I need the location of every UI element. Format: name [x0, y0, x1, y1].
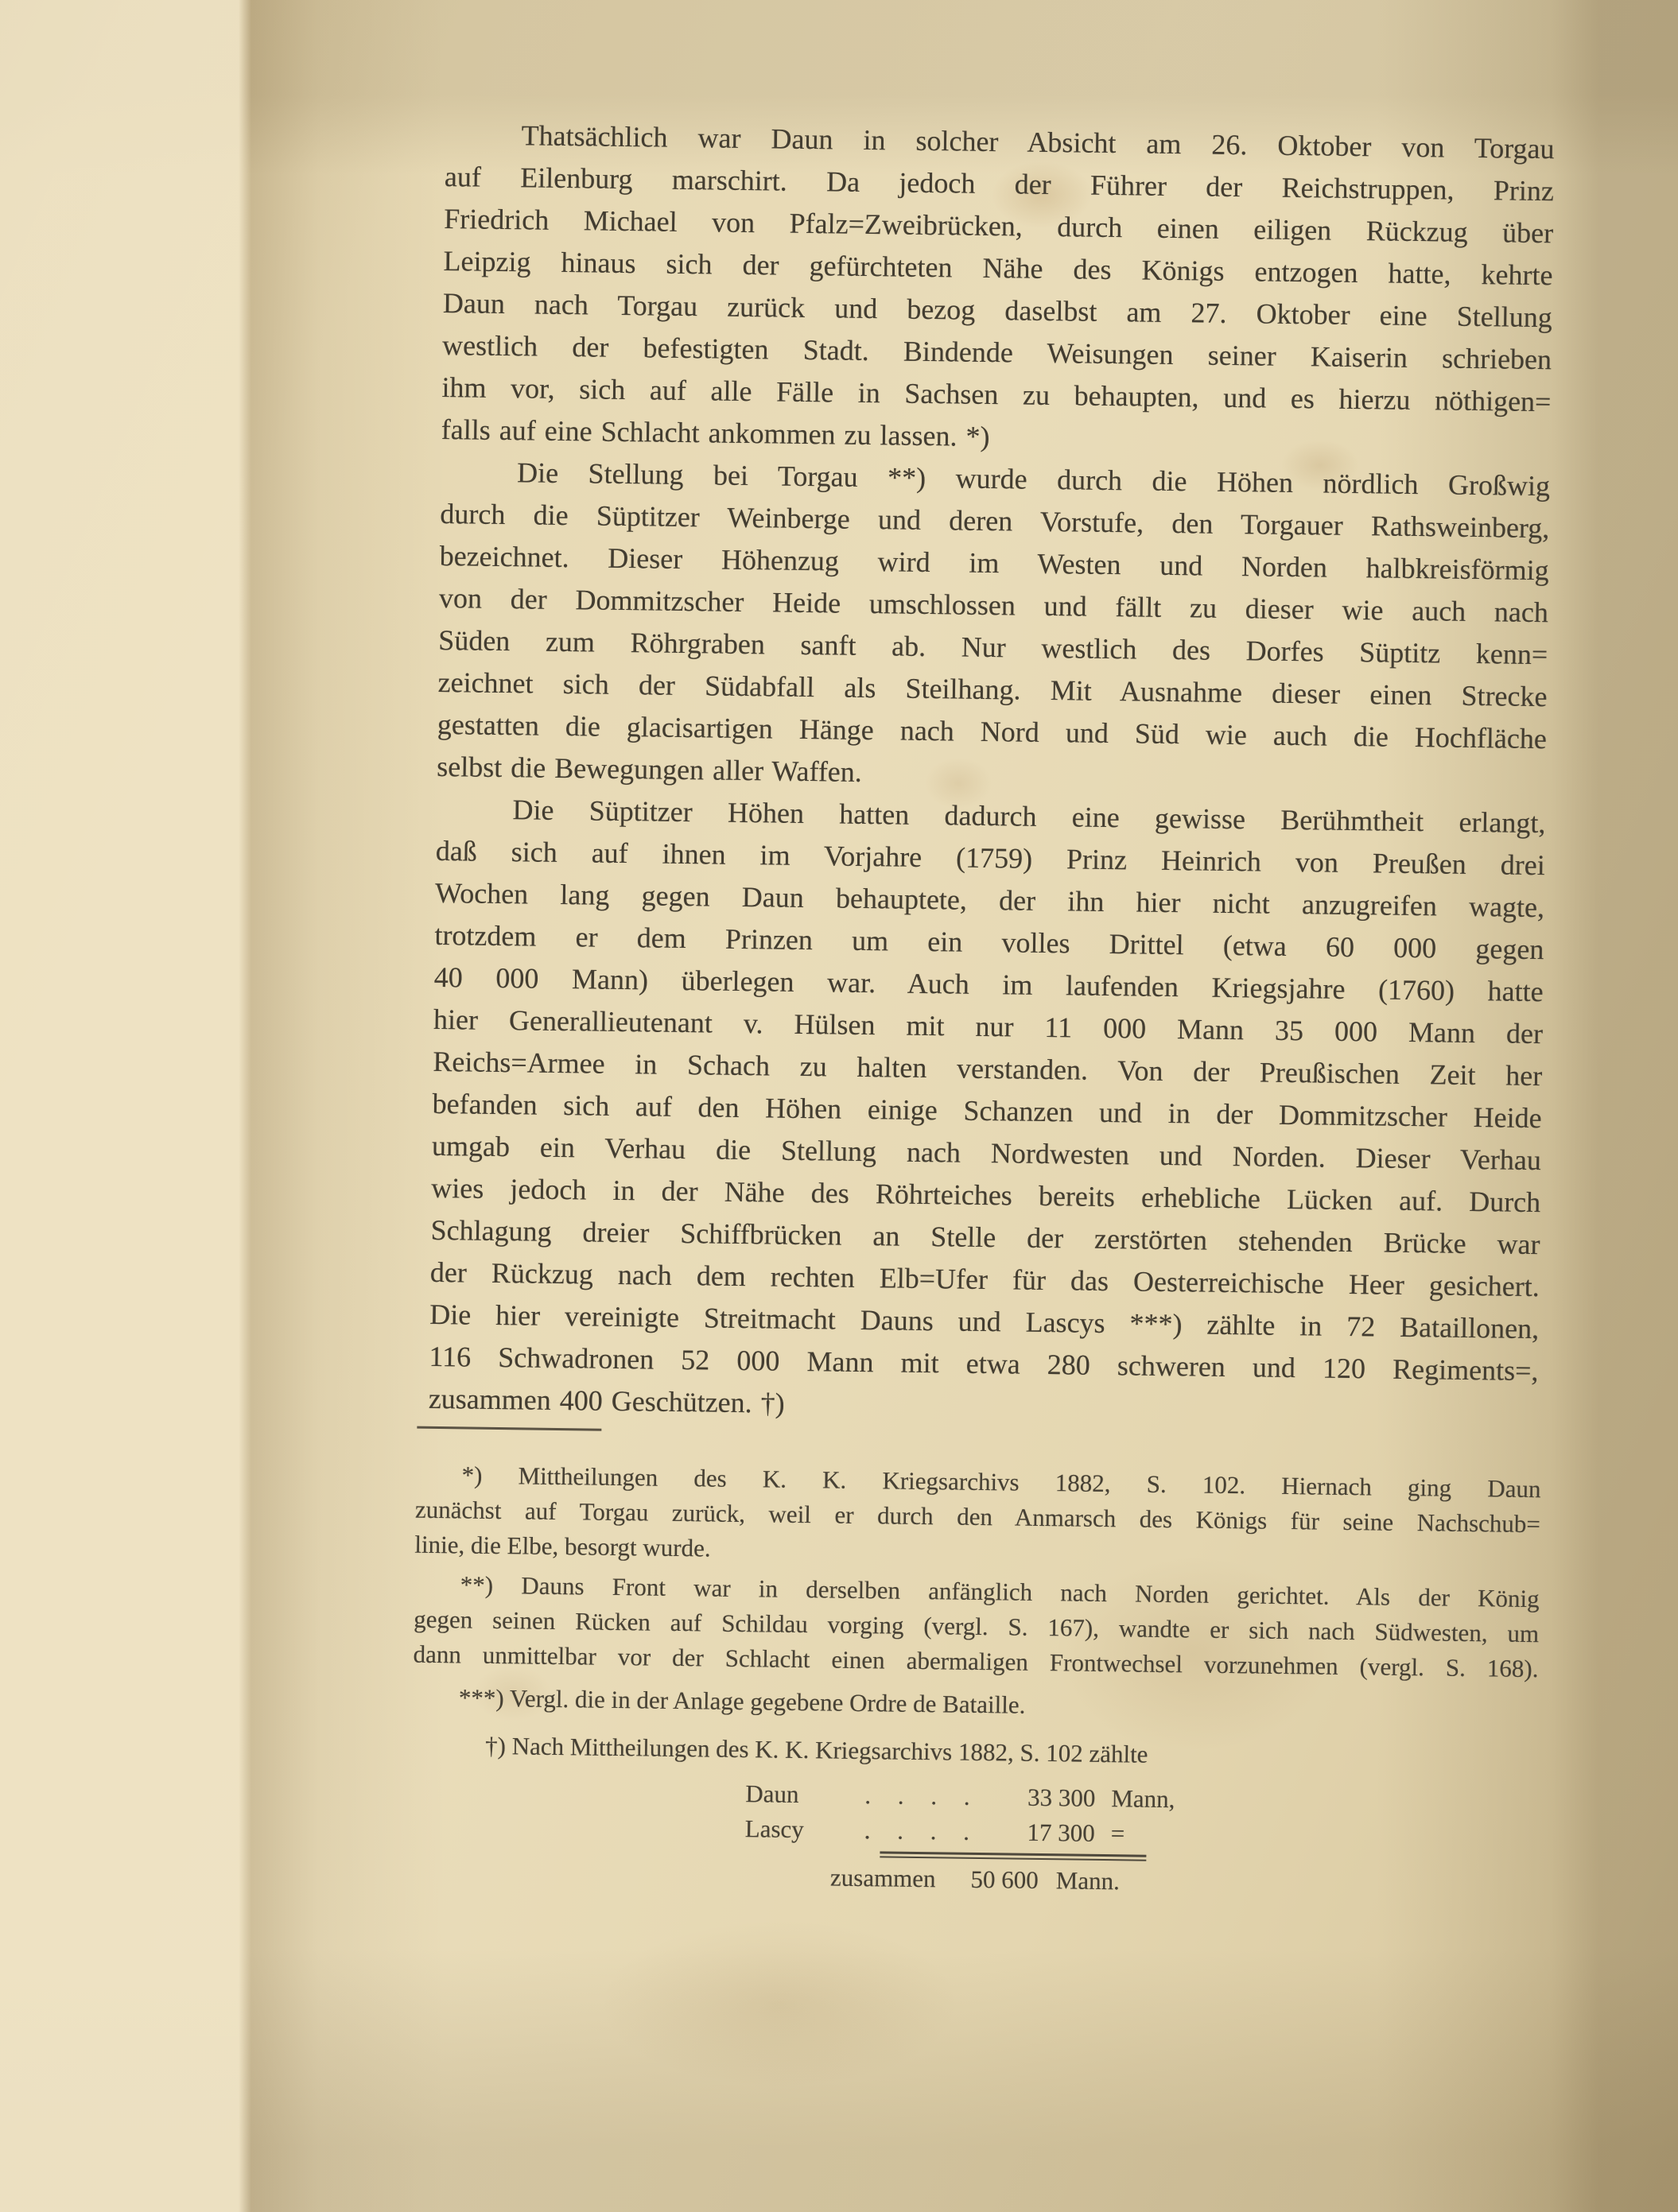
dot-leader: . . . . — [864, 1813, 984, 1849]
table-row: Daun . . . . . 33 300 Mann, — [745, 1776, 1207, 1818]
table-cell-value: 33 300 — [984, 1779, 1096, 1816]
table-row: Lascy . . . . 17 300 = — [745, 1811, 1207, 1853]
table-total-row: zusammen 50 600 Mann. — [830, 1861, 1206, 1902]
table-cell-unit: = — [1094, 1816, 1206, 1853]
footnote-line: ***) Vergl. die in der Anlage gegebene O… — [413, 1680, 1538, 1730]
main-text: Thatsächlich war Daun in solcher Absicht… — [428, 114, 1554, 1434]
footnote-3: ***) Vergl. die in der Anlage gegebene O… — [413, 1680, 1538, 1730]
total-value: 50 600 — [970, 1862, 1039, 1900]
table-cell-label: Lascy — [745, 1811, 865, 1848]
footnote-separator-rule — [417, 1426, 601, 1431]
footnote-line: †) Nach Mittheilungen des K. K. Kriegsar… — [412, 1728, 1537, 1778]
total-unit: Mann. — [1055, 1863, 1120, 1900]
footnote-1: *) Mittheilungen des K. K. Kriegsarchivs… — [414, 1457, 1541, 1578]
printed-text-block: Thatsächlich war Daun in solcher Absicht… — [422, 114, 1555, 1906]
footnotes: *) Mittheilungen des K. K. Kriegsarchivs… — [410, 1457, 1541, 1906]
table-cell-label: Daun — [745, 1776, 865, 1813]
book-scan-photo: Thatsächlich war Daun in solcher Absicht… — [0, 0, 1678, 2212]
footnote-2: **) Dauns Front war in derselben anfängl… — [413, 1567, 1540, 1687]
table-cell-unit: Mann, — [1095, 1781, 1207, 1818]
troop-strength-table: Daun . . . . . 33 300 Mann, Lascy . . . … — [744, 1776, 1207, 1902]
dot-leader: . . . . . — [864, 1778, 985, 1814]
sum-rule — [880, 1851, 1146, 1861]
footnote-4: †) Nach Mittheilungen des K. K. Kriegsar… — [410, 1728, 1538, 1907]
total-label: zusammen — [830, 1861, 936, 1899]
table-cell-value: 17 300 — [983, 1814, 1095, 1851]
